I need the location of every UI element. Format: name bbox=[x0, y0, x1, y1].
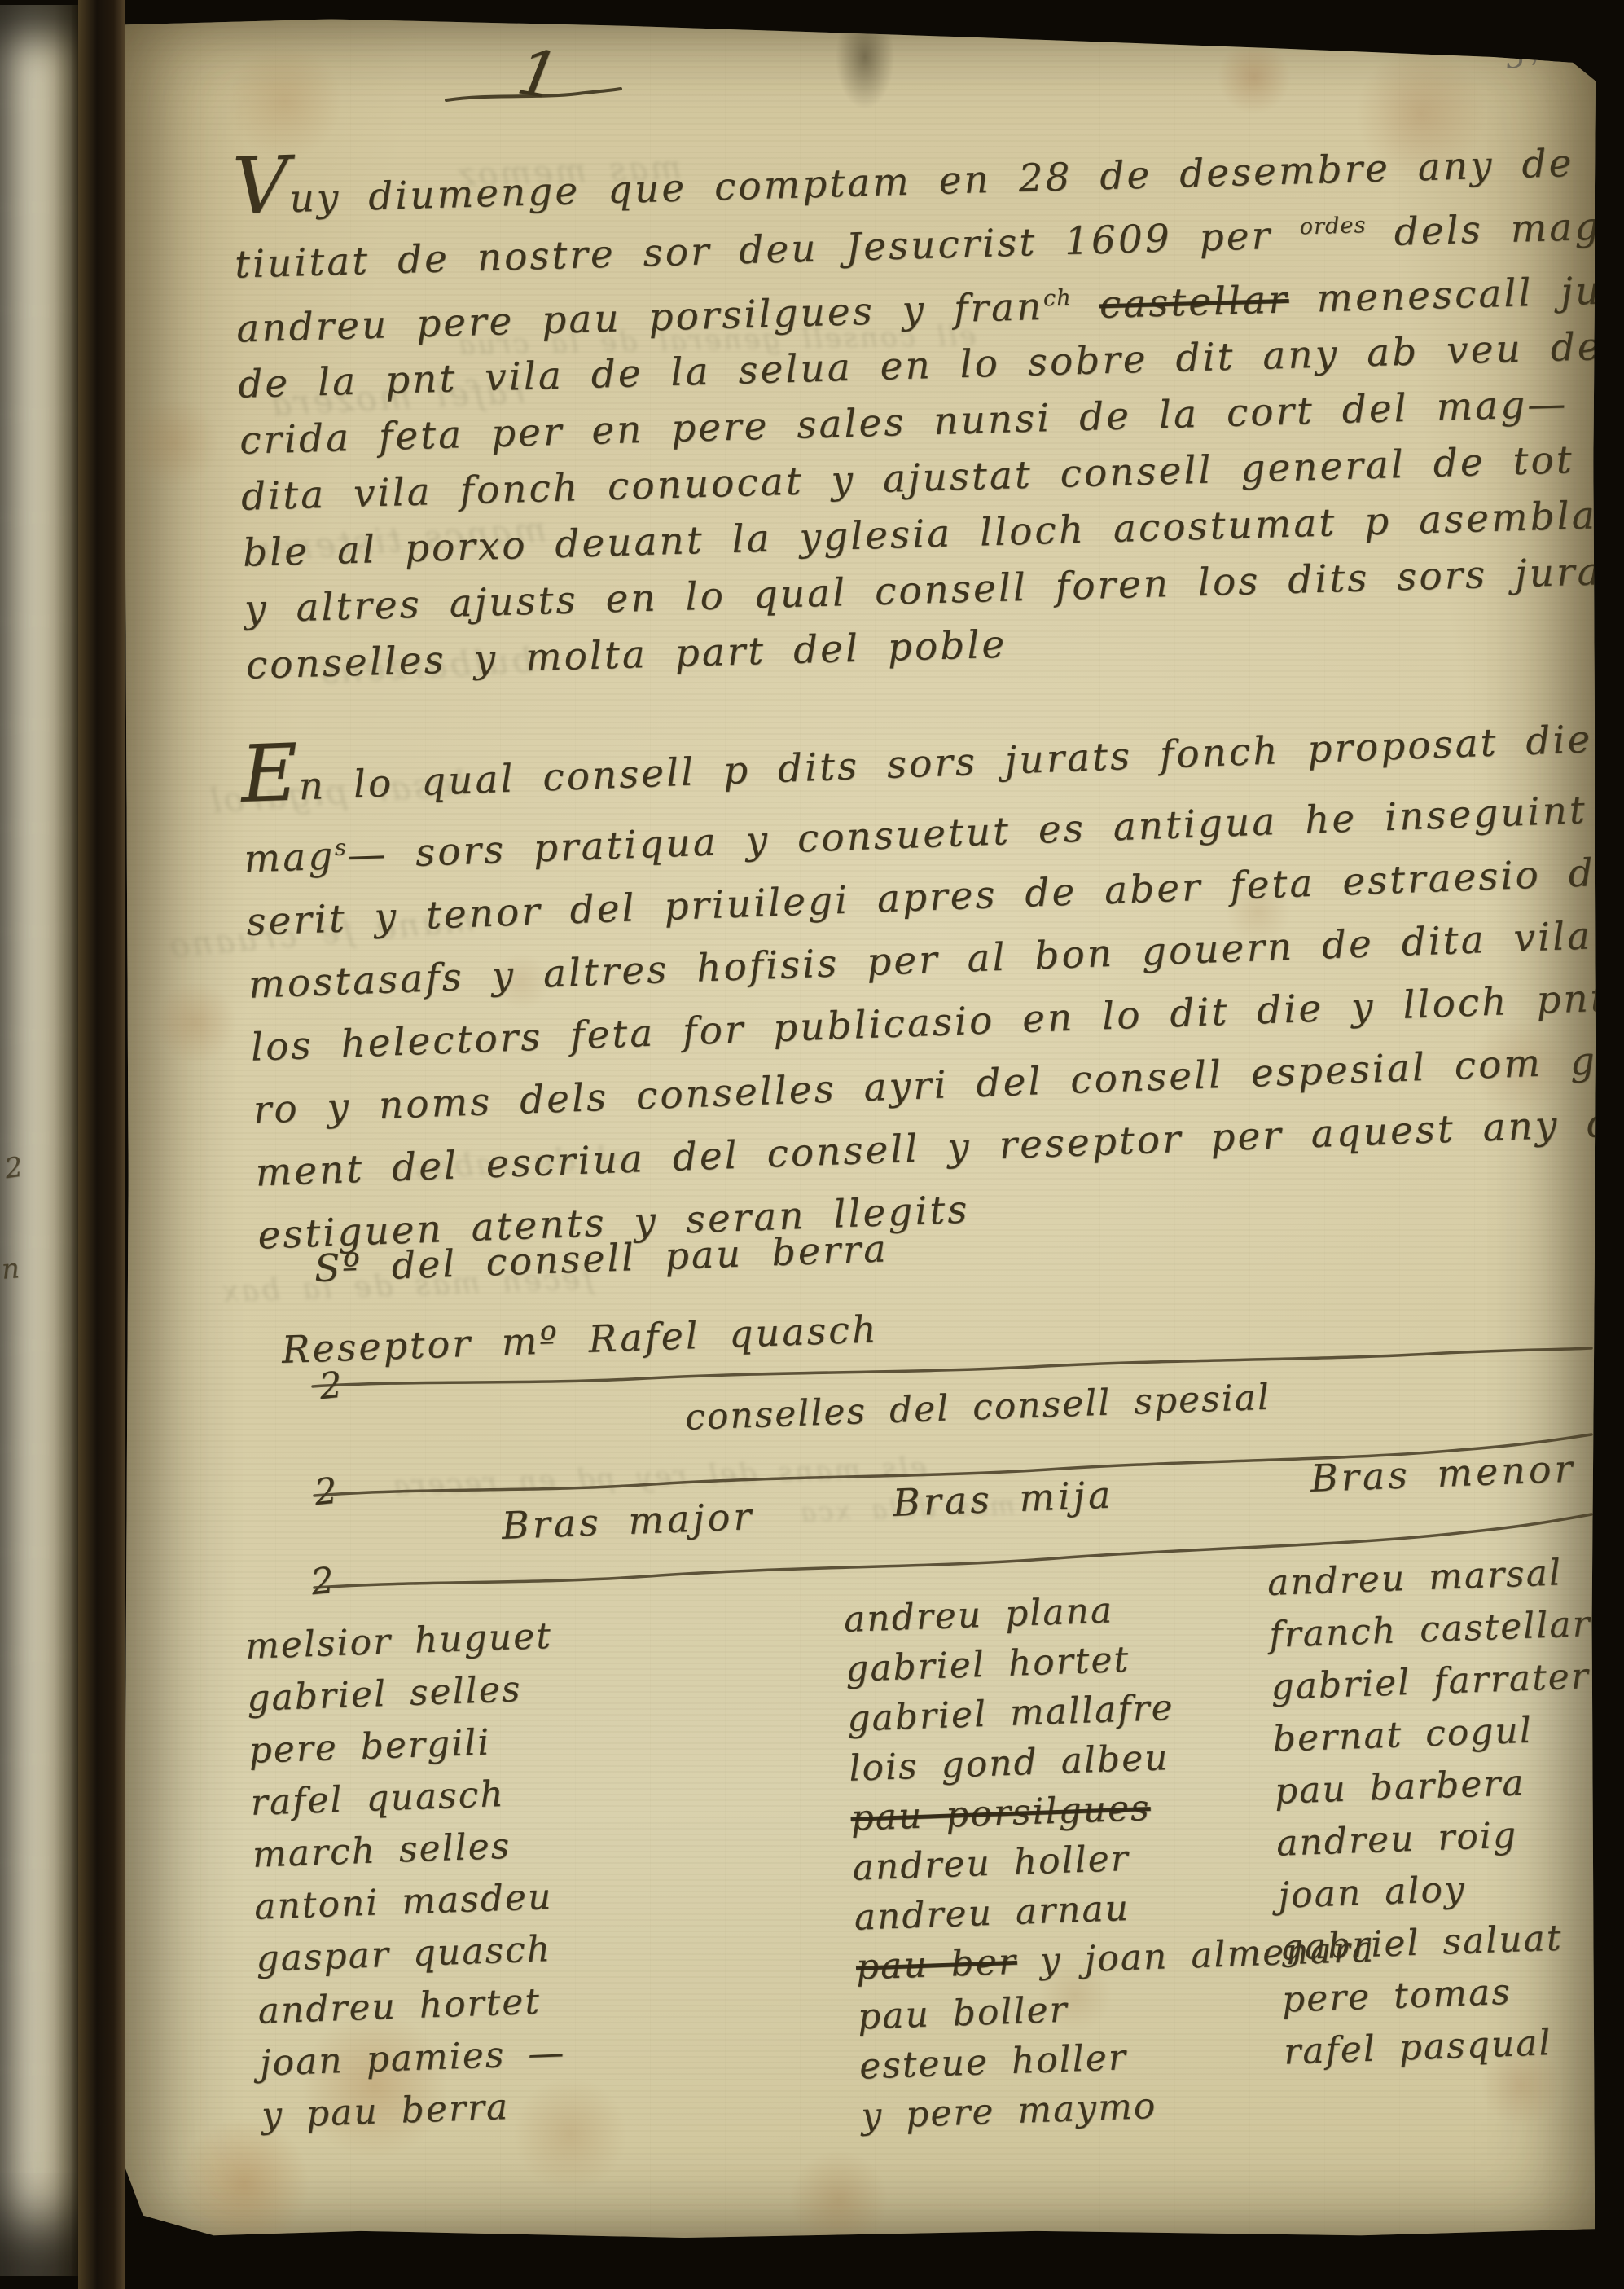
handwritten-text: menescall jurats bbox=[1288, 266, 1624, 322]
handwritten-text: andreu plana bbox=[843, 1589, 1114, 1641]
handwritten-text bbox=[1071, 283, 1099, 328]
stray-ink-mark: n bbox=[1, 1252, 21, 1285]
bleedthrough-text: els mans del rey pd en recera bbox=[391, 1452, 928, 1503]
handwritten-text: rafel pasqual bbox=[1283, 2022, 1552, 2072]
stray-ink-mark: 2 bbox=[2, 1151, 24, 1186]
handwritten-text: mag bbox=[244, 833, 336, 881]
handwritten-text: gabriel saluat bbox=[1279, 1918, 1563, 1969]
handwritten-text: andreu hortet bbox=[257, 1981, 542, 2032]
rule-flourish-mark: 2 bbox=[317, 1364, 344, 1408]
handwritten-text: lois gond albeu bbox=[849, 1737, 1170, 1790]
handwritten-text: joan pamies — bbox=[259, 2032, 566, 2085]
handwritten-text: s bbox=[334, 835, 347, 861]
manuscript-photo: 2 n mas memozell consell general de la c… bbox=[0, 0, 1624, 2289]
handwritten-text: bernat cogul bbox=[1272, 1710, 1534, 1760]
rule-flourish-mark: 2 bbox=[309, 1560, 336, 1604]
handwritten-text: E bbox=[239, 727, 300, 820]
handwritten-text: antoni masdeu bbox=[253, 1876, 553, 1928]
handwritten-text: m bbox=[1613, 202, 1624, 248]
handwritten-text: andreu marsal bbox=[1266, 1552, 1563, 1604]
handwritten-text: melsior huguet bbox=[244, 1615, 552, 1667]
struck-word: pau porsilgues bbox=[850, 1787, 1152, 1839]
handwritten-text: pau boller bbox=[857, 1989, 1069, 2038]
handwritten-text: andreu roig bbox=[1275, 1814, 1518, 1864]
paragraph-proposal: En lo qual consell p dits sors jurats fo… bbox=[240, 696, 1624, 1268]
receptor-line: Reseptor mº Rafel quasch bbox=[281, 1307, 879, 1372]
struck-word: pau ber bbox=[855, 1941, 1018, 1988]
gathering-mark: 1 bbox=[440, 37, 635, 159]
column-header-bras-mija: Bras mija bbox=[892, 1473, 1114, 1525]
handwritten-text: gabriel hortet bbox=[845, 1639, 1130, 1690]
section-title: conselles del consell spesial bbox=[611, 1374, 1345, 1441]
handwritten-text: V bbox=[231, 139, 291, 232]
handwritten-text: gabriel mallafre bbox=[846, 1687, 1174, 1740]
handwritten-text: pere tomas bbox=[1281, 1971, 1512, 2021]
struck-word: castellar bbox=[1099, 277, 1289, 327]
handwritten-text: franch castellar bbox=[1268, 1603, 1591, 1656]
handwritten-text: joan aloy bbox=[1278, 1869, 1467, 1917]
handwritten-text: dels mag bbox=[1366, 204, 1602, 256]
handwritten-text: gabriel farrater bbox=[1271, 1655, 1591, 1708]
handwritten-text: andreu holler bbox=[852, 1838, 1130, 1889]
names-bras-menor: andreu marsalfranch castellargabriel far… bbox=[1266, 1546, 1607, 2078]
manuscript-page: mas memozell consell general de la cruar… bbox=[125, 15, 1596, 2247]
handwritten-text: ch bbox=[1042, 285, 1072, 311]
folio-number: 377 bbox=[1503, 32, 1571, 77]
handwritten-text: gabriel selles bbox=[246, 1668, 522, 1720]
manuscript-line: joan pamies — bbox=[259, 2028, 568, 2090]
previous-page-edge: 2 n bbox=[0, 5, 78, 2276]
manuscript-line: gabriel selles bbox=[246, 1663, 555, 1725]
handwritten-text: andreu arnau bbox=[854, 1887, 1130, 1939]
handwritten-text: y pau berra bbox=[261, 2086, 510, 2137]
rule-flourish-mark: 2 bbox=[312, 1470, 339, 1514]
handwritten-text: march selles bbox=[252, 1825, 511, 1876]
handwritten-text: ordes bbox=[1299, 213, 1367, 239]
paragraph-opening: Vuy diumenge que comptam en 28 de desemb… bbox=[232, 128, 1624, 694]
column-header-bras-menor: Bras menor bbox=[1310, 1447, 1576, 1500]
names-bras-major: melsior huguetgabriel sellespere bergili… bbox=[244, 1610, 569, 2142]
handwritten-text: esteue holler bbox=[858, 2036, 1127, 2087]
handwritten-text: pau barbera bbox=[1274, 1762, 1525, 1812]
handwritten-text: y pere maymo bbox=[860, 2085, 1157, 2137]
handwritten-text: s bbox=[1601, 206, 1614, 231]
book-gutter bbox=[78, 0, 125, 2289]
column-header-bras-major: Bras major bbox=[501, 1494, 755, 1548]
manuscript-line: rafel pasqual bbox=[1283, 2015, 1606, 2079]
handwritten-text: gaspar quasch bbox=[256, 1928, 552, 1980]
handwritten-text: pere bergili bbox=[248, 1722, 491, 1772]
manuscript-line: y pau berra bbox=[261, 2079, 569, 2142]
handwritten-text: rafel quasch bbox=[250, 1773, 506, 1824]
